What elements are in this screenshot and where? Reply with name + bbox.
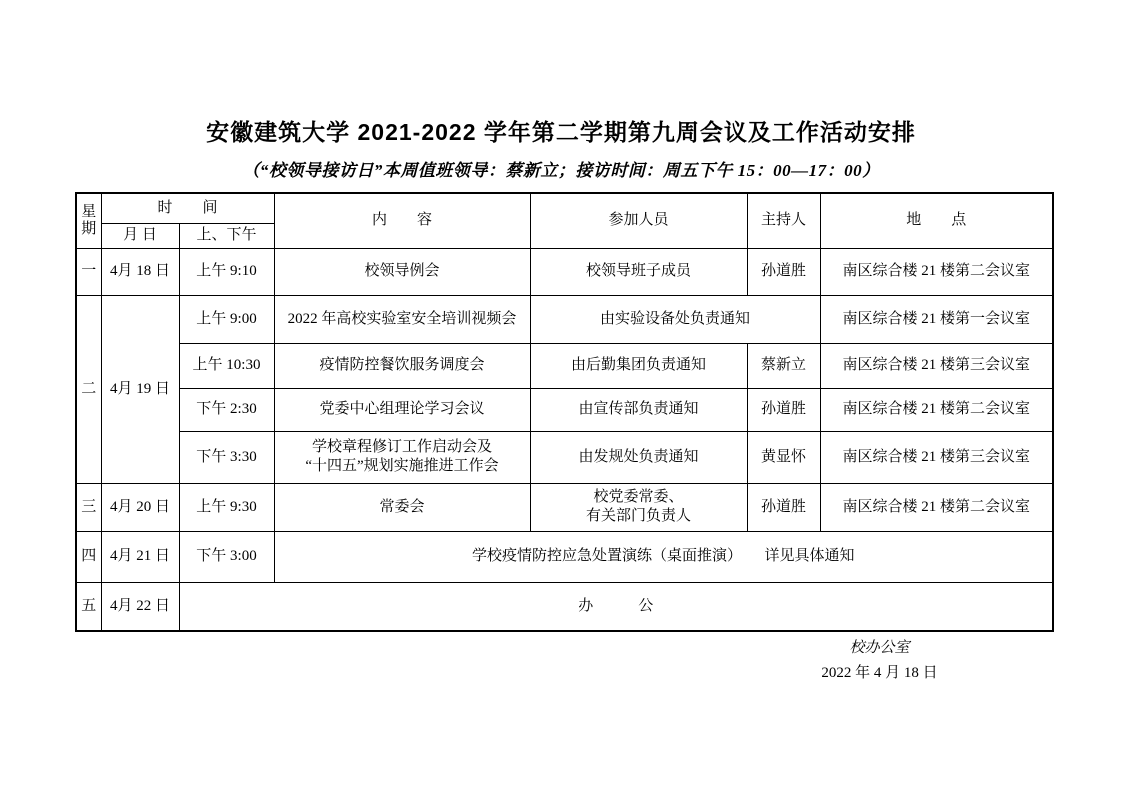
weekday-cell: 四 — [76, 531, 101, 582]
time-cell: 上午 9:00 — [179, 295, 274, 343]
content-cell: 2022 年高校实验室安全培训视频会 — [274, 295, 530, 343]
col-header-weekday-label: 星期 — [80, 204, 97, 239]
location-cell: 南区综合楼 21 楼第三会议室 — [820, 343, 1053, 388]
col-header-host: 主持人 — [747, 193, 820, 248]
col-header-weekday: 星期 — [76, 193, 101, 248]
content-line: 学校章程修订工作启动会及 — [312, 439, 492, 455]
table-row: 下午 2:30 党委中心组理论学习会议 由宣传部负责通知 孙道胜 南区综合楼 2… — [76, 388, 1053, 431]
date-cell: 4月 19 日 — [101, 295, 179, 483]
col-header-time: 时 间 — [101, 193, 274, 223]
time-cell: 下午 3:00 — [179, 531, 274, 582]
table-row: 上午 10:30 疫情防控餐饮服务调度会 由后勤集团负责通知 蔡新立 南区综合楼… — [76, 343, 1053, 388]
participants-cell: 由实验设备处负责通知 — [530, 295, 820, 343]
participants-cell: 校领导班子成员 — [530, 248, 747, 295]
footer-signature: 校办公室 — [772, 636, 987, 657]
col-header-date: 月 日 — [101, 223, 179, 248]
time-cell: 上午 9:10 — [179, 248, 274, 295]
weekday-cell: 五 — [76, 582, 101, 631]
time-cell: 上午 10:30 — [179, 343, 274, 388]
weekday-cell: 二 — [76, 295, 101, 483]
location-cell: 南区综合楼 21 楼第二会议室 — [820, 388, 1053, 431]
footer: 校办公室 2022 年 4 月 18 日 — [772, 636, 987, 682]
table-row: 下午 3:30 学校章程修订工作启动会及“十四五”规划实施推进工作会 由发规处负… — [76, 431, 1053, 483]
col-header-location: 地 点 — [820, 193, 1053, 248]
weekday-cell: 一 — [76, 248, 101, 295]
table-row: 四 4月 21 日 下午 3:00 学校疫情防控应急处置演练（桌面推演） 详见具… — [76, 531, 1053, 582]
time-cell: 上午 9:30 — [179, 483, 274, 531]
document-page: 安徽建筑大学 2021-2022 学年第二学期第九周会议及工作活动安排 （“校领… — [0, 0, 1122, 793]
time-cell: 下午 3:30 — [179, 431, 274, 483]
col-header-content: 内 容 — [274, 193, 530, 248]
participants-cell: 由后勤集团负责通知 — [530, 343, 747, 388]
participants-cell: 由宣传部负责通知 — [530, 388, 747, 431]
participants-line: 校党委常委、 — [594, 489, 684, 505]
date-cell: 4月 21 日 — [101, 531, 179, 582]
content-line: “十四五”规划实施推进工作会 — [305, 458, 498, 474]
table-row: 一 4月 18 日 上午 9:10 校领导例会 校领导班子成员 孙道胜 南区综合… — [76, 248, 1053, 295]
host-cell: 孙道胜 — [747, 248, 820, 295]
header-row-1: 星期 时 间 内 容 参加人员 主持人 地 点 — [76, 193, 1053, 223]
content-cell: 学校章程修订工作启动会及“十四五”规划实施推进工作会 — [274, 431, 530, 483]
date-cell: 4月 18 日 — [101, 248, 179, 295]
weekday-cell: 三 — [76, 483, 101, 531]
footer-date: 2022 年 4 月 18 日 — [772, 661, 987, 682]
merged-activity-cell: 学校疫情防控应急处置演练（桌面推演） 详见具体通知 — [274, 531, 1053, 582]
content-cell: 校领导例会 — [274, 248, 530, 295]
participants-line: 有关部门负责人 — [586, 508, 691, 524]
page-title: 安徽建筑大学 2021-2022 学年第二学期第九周会议及工作活动安排 — [0, 114, 1122, 147]
table-row: 五 4月 22 日 办 公 — [76, 582, 1053, 631]
host-cell: 黄显怀 — [747, 431, 820, 483]
host-cell: 孙道胜 — [747, 483, 820, 531]
location-cell: 南区综合楼 21 楼第二会议室 — [820, 483, 1053, 531]
location-cell: 南区综合楼 21 楼第二会议室 — [820, 248, 1053, 295]
content-cell: 党委中心组理论学习会议 — [274, 388, 530, 431]
participants-cell: 校党委常委、有关部门负责人 — [530, 483, 747, 531]
time-cell: 下午 2:30 — [179, 388, 274, 431]
col-header-ampm: 上、下午 — [179, 223, 274, 248]
schedule-table: 星期 时 间 内 容 参加人员 主持人 地 点 月 日 上、下午 一 4月 18… — [75, 192, 1054, 632]
location-cell: 南区综合楼 21 楼第三会议室 — [820, 431, 1053, 483]
location-cell: 南区综合楼 21 楼第一会议室 — [820, 295, 1053, 343]
host-cell: 蔡新立 — [747, 343, 820, 388]
table-row: 三 4月 20 日 上午 9:30 常委会 校党委常委、有关部门负责人 孙道胜 … — [76, 483, 1053, 531]
page-subtitle: （“校领导接访日”本周值班领导：蔡新立；接访时间：周五下午 15：00—17：0… — [0, 156, 1122, 181]
col-header-participants: 参加人员 — [530, 193, 747, 248]
content-cell: 疫情防控餐饮服务调度会 — [274, 343, 530, 388]
content-cell: 常委会 — [274, 483, 530, 531]
date-cell: 4月 20 日 — [101, 483, 179, 531]
date-cell: 4月 22 日 — [101, 582, 179, 631]
participants-cell: 由发规处负责通知 — [530, 431, 747, 483]
office-duty-cell: 办 公 — [179, 582, 1053, 631]
table-row: 二 4月 19 日 上午 9:00 2022 年高校实验室安全培训视频会 由实验… — [76, 295, 1053, 343]
host-cell: 孙道胜 — [747, 388, 820, 431]
